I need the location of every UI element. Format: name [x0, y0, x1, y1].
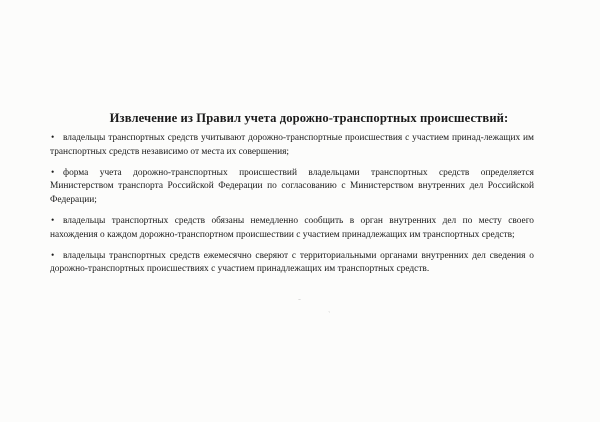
document-title: Извлечение из Правил учета дорожно-транс…: [0, 111, 600, 126]
list-item-text: владельцы транспортных средств учитывают…: [50, 133, 534, 157]
scanned-document-page: Извлечение из Правил учета дорожно-транс…: [0, 0, 600, 422]
list-item-text: владельцы транспортных средств обязаны н…: [50, 216, 534, 240]
list-item: •владельцы транспортных средств ежемесяч…: [50, 250, 534, 277]
list-item: •владельцы транспортных средств обязаны …: [50, 215, 534, 242]
list-item-text: владельцы транспортных средств ежемесячн…: [50, 251, 534, 275]
bullet-icon: •: [51, 215, 63, 229]
scan-artifact-mark: ˜: [298, 299, 301, 306]
bullet-icon: •: [51, 132, 63, 146]
rules-list: •владельцы транспортных средств учитываю…: [50, 132, 534, 284]
bullet-icon: •: [51, 167, 63, 181]
list-item-text: форма учета дорожно-транспортных происше…: [50, 168, 534, 205]
list-item: •владельцы транспортных средств учитываю…: [50, 132, 534, 159]
scan-artifact-mark: ˎ: [328, 306, 331, 313]
bullet-icon: •: [51, 250, 63, 264]
list-item: •форма учета дорожно-транспортных происш…: [50, 167, 534, 208]
